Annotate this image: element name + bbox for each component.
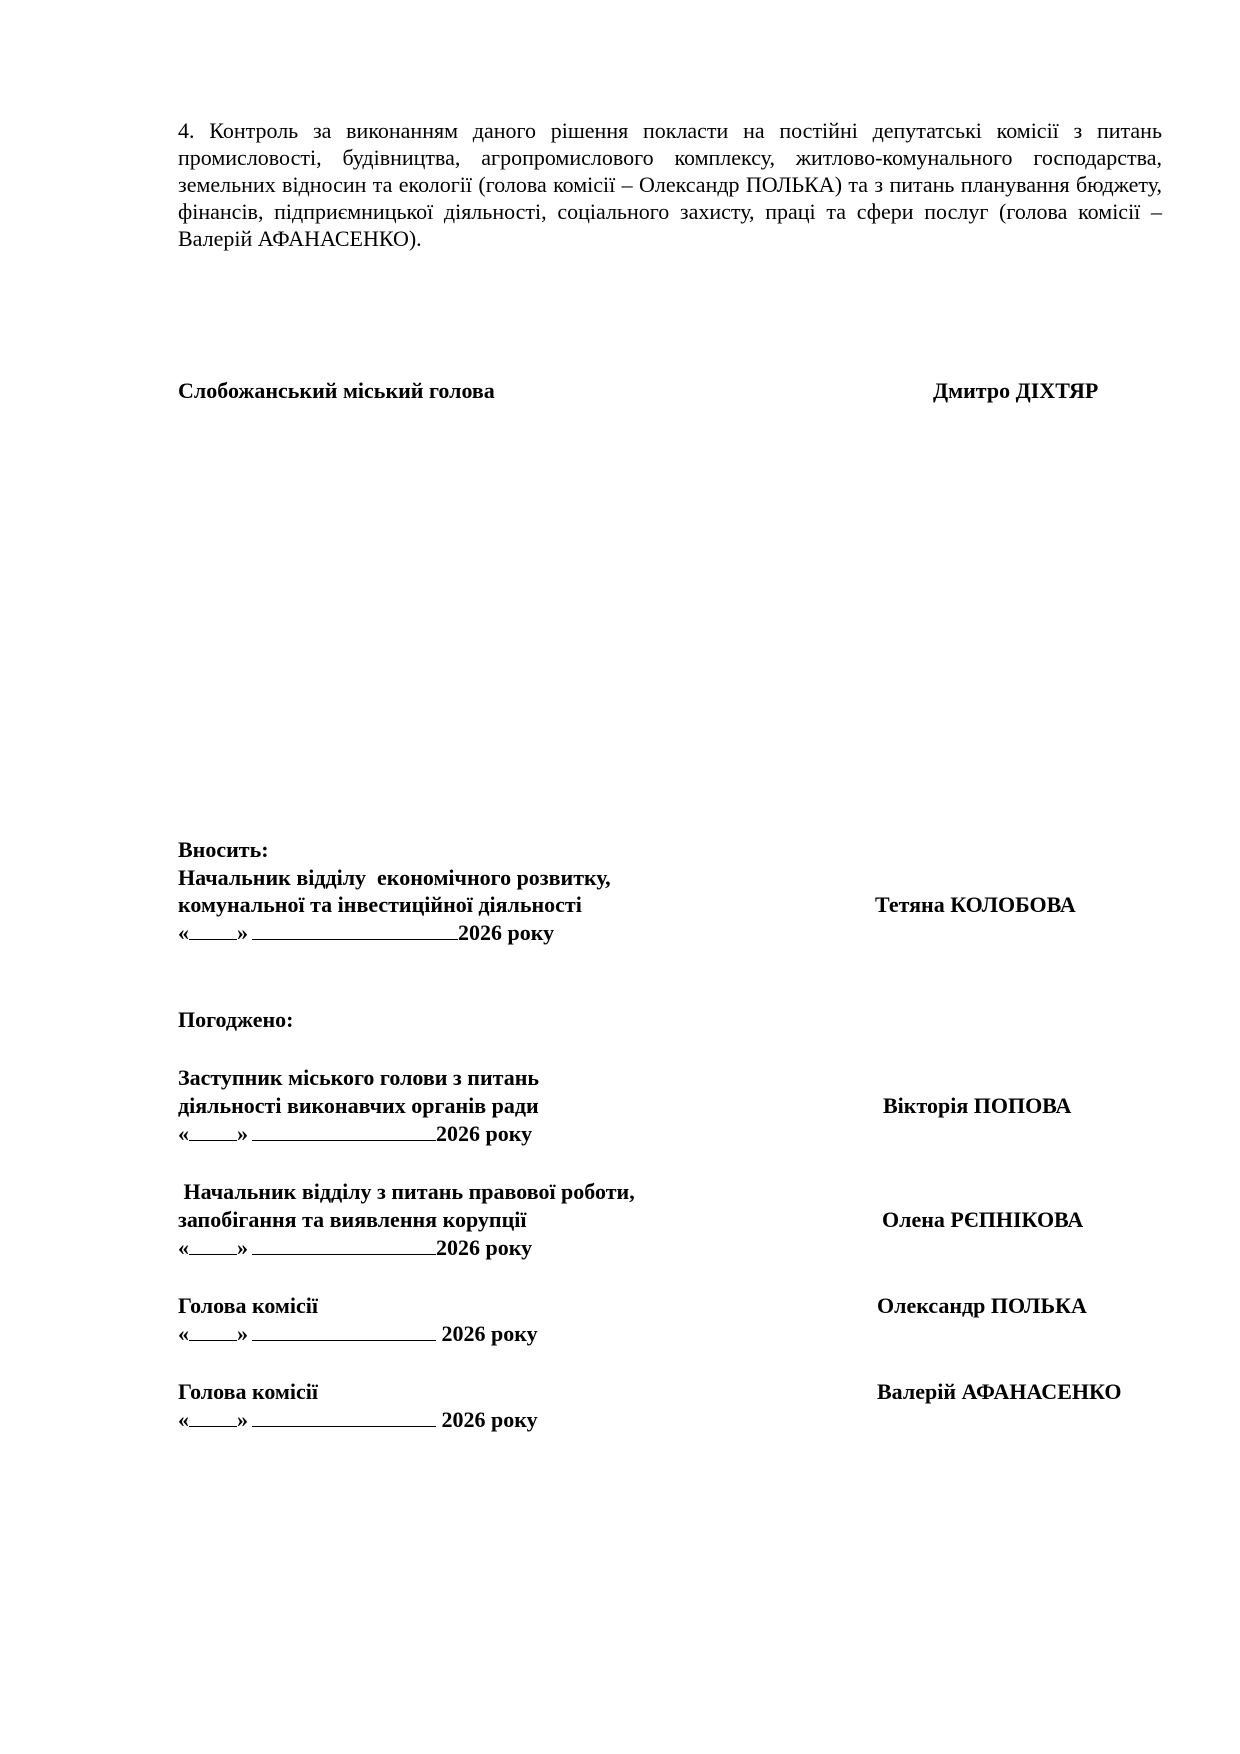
- submitted-position-line2: комунальної та інвестиційної діяльності: [178, 891, 582, 918]
- signatory-4-position: Голова комісії: [178, 1378, 318, 1405]
- submitted-position-line1: Начальник відділу економічного розвитку,: [178, 864, 611, 891]
- date-month-blank: [252, 1139, 436, 1141]
- signatory-1-name: Вікторія ПОПОВА: [883, 1092, 1071, 1119]
- mayor-title: Слобожанський міський голова: [178, 377, 495, 404]
- date-close-quote: »: [237, 1407, 248, 1432]
- date-year: 2026 року: [436, 1235, 532, 1260]
- date-close-quote: »: [237, 1235, 248, 1260]
- date-close-quote: »: [237, 1321, 248, 1346]
- date-day-blank: [189, 1425, 237, 1427]
- date-year: 2026 року: [436, 1121, 532, 1146]
- date-open-quote: «: [178, 1121, 189, 1146]
- date-close-quote: »: [237, 920, 248, 945]
- mayor-name: Дмитро ДІХТЯР: [933, 377, 1098, 404]
- date-open-quote: «: [178, 1321, 189, 1346]
- signatory-2-position-line1: Начальник відділу з питань правової робо…: [178, 1178, 635, 1205]
- signatory-1-position-line2: діяльності виконавчих органів ради: [178, 1092, 539, 1119]
- signatory-3-date-line: «» 2026 року: [178, 1320, 538, 1347]
- signatory-2-name: Олена РЄПНІКОВА: [882, 1206, 1083, 1233]
- date-month-blank: [252, 1425, 436, 1427]
- date-year: 2026 року: [436, 1407, 538, 1432]
- date-open-quote: «: [178, 1235, 189, 1260]
- date-open-quote: «: [178, 920, 189, 945]
- signatory-3-name: Олександр ПОЛЬКА: [877, 1292, 1087, 1319]
- signatory-2-date-line: «»2026 року: [178, 1234, 532, 1261]
- signatory-1-position-line1: Заступник міського голови з питань: [178, 1064, 539, 1091]
- signatory-4-date-line: «» 2026 року: [178, 1406, 538, 1433]
- date-month-blank: [252, 1339, 436, 1341]
- date-day-blank: [189, 1339, 237, 1341]
- submitted-heading: Вносить:: [178, 836, 269, 863]
- signatory-1-date-line: «»2026 року: [178, 1120, 532, 1147]
- date-open-quote: «: [178, 1407, 189, 1432]
- date-month-blank: [252, 1253, 436, 1255]
- date-month-blank: [252, 938, 458, 940]
- signatory-3-position: Голова комісії: [178, 1292, 318, 1319]
- signatory-2-position-line2: запобігання та виявлення корупції: [178, 1206, 526, 1233]
- approved-heading: Погоджено:: [178, 1006, 293, 1033]
- date-year: 2026 року: [436, 1321, 538, 1346]
- paragraph-4-control: 4. Контроль за виконанням даного рішення…: [178, 117, 1162, 252]
- submitted-date-line: «»2026 року: [178, 919, 554, 946]
- signatory-4-name: Валерій АФАНАСЕНКО: [877, 1378, 1122, 1405]
- date-year: 2026 року: [458, 920, 554, 945]
- date-day-blank: [189, 1253, 237, 1255]
- date-close-quote: »: [237, 1121, 248, 1146]
- date-day-blank: [189, 1139, 237, 1141]
- submitted-name: Тетяна КОЛОБОВА: [875, 891, 1076, 918]
- date-day-blank: [189, 938, 237, 940]
